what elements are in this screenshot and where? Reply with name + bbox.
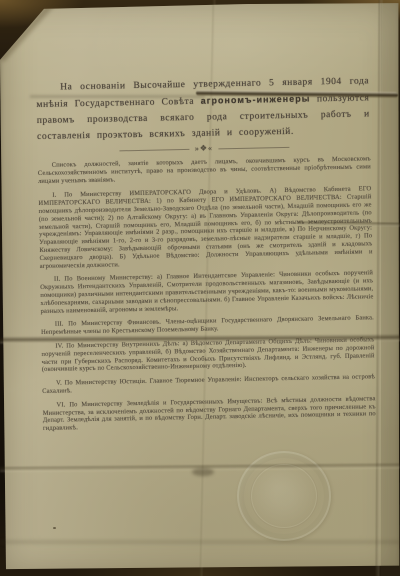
main-statement: На основаніи Высочайше утвержденнаго 5 я… bbox=[36, 73, 370, 145]
photo-background: На основаніи Высочайше утвержденнаго 5 я… bbox=[0, 0, 400, 576]
statement-emphasis: агрономъ-инженеры bbox=[201, 93, 311, 105]
embossed-seal bbox=[237, 451, 331, 541]
list-section-2: II. По Военному Министерству: а) Главное… bbox=[40, 270, 374, 316]
document-text: На основаніи Высочайше утвержденнаго 5 я… bbox=[36, 73, 376, 439]
divider-ornament: »❖« bbox=[119, 143, 289, 154]
list-section-6: VI. По Министерству Земледѣлія и Государ… bbox=[42, 395, 376, 433]
list-intro: Списокъ должностей, занятіе которыхъ дае… bbox=[38, 155, 371, 185]
divider-line-right bbox=[218, 146, 289, 148]
list-section-5: V. По Министерству Юстиціи. Главное Тюре… bbox=[42, 373, 375, 395]
divider-ornament-glyph: »❖« bbox=[195, 144, 213, 152]
list-section-1: I. По Министерству ИМПЕРАТОРСКАГО Двора … bbox=[38, 186, 372, 271]
corner-fold-shade bbox=[0, 0, 65, 62]
list-section-3: III. По Министерству Финансовъ. Члены-оц… bbox=[41, 315, 374, 337]
embossed-seal-inner-ring bbox=[251, 464, 317, 528]
divider-line-left bbox=[119, 148, 190, 150]
list-section-4: IV. По Министерству Внутреннихъ Дѣлъ: а)… bbox=[41, 336, 375, 374]
